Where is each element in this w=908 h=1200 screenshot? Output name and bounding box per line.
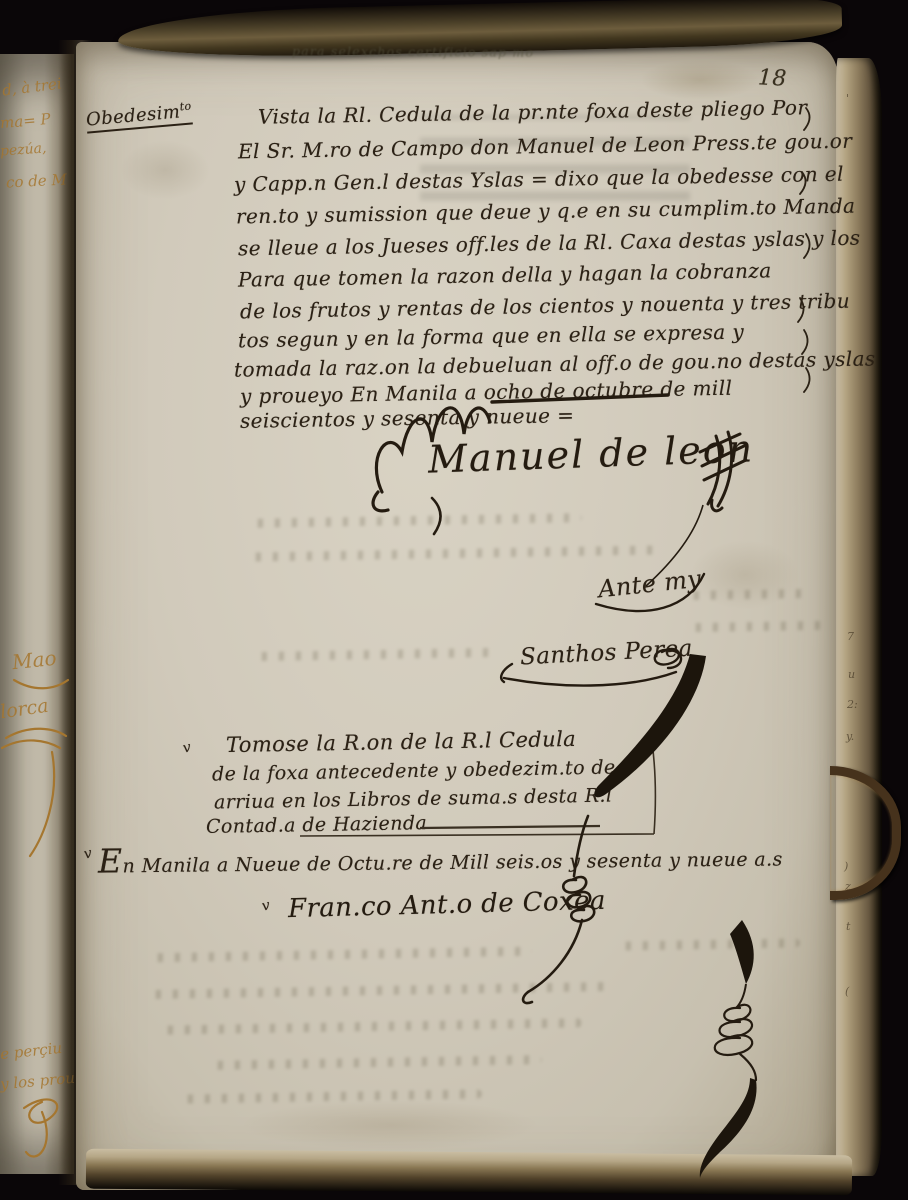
- header-bleedthrough-text: para selexchos certificio sap mo: [292, 43, 534, 60]
- fore-edge-mark: (: [845, 985, 849, 998]
- fore-edge-mark: y.: [846, 730, 854, 743]
- margin-note-superscript: to: [179, 99, 192, 113]
- paper-stain: [120, 140, 210, 200]
- fore-edge-mark: t: [846, 920, 850, 933]
- facing-page-fragment: pezúa,: [0, 140, 47, 159]
- manuscript-photograph: d, à trei ma= P pezúa, co de M Mao lorca…: [0, 0, 908, 1200]
- fore-edge-mark: ': [846, 92, 849, 105]
- folio-number: 18: [757, 65, 787, 91]
- paper-stain: [640, 60, 760, 100]
- manila-date-line: En Manila a Nueue de Octu.re de Mill sei…: [98, 834, 783, 880]
- fore-edge-mark: 2:: [847, 698, 858, 711]
- note-box-line: Contad.a de Hazienda: [206, 812, 428, 838]
- fore-edge-mark: 7: [847, 630, 854, 643]
- paper-stain: [240, 1100, 540, 1150]
- bleedthrough-block: [420, 115, 690, 210]
- page-bottom-edge: [86, 1149, 852, 1196]
- leather-tie-loop: [830, 766, 901, 900]
- fore-edge-mark: u: [848, 668, 855, 681]
- facing-page-signature-fragment: Mao: [11, 646, 58, 675]
